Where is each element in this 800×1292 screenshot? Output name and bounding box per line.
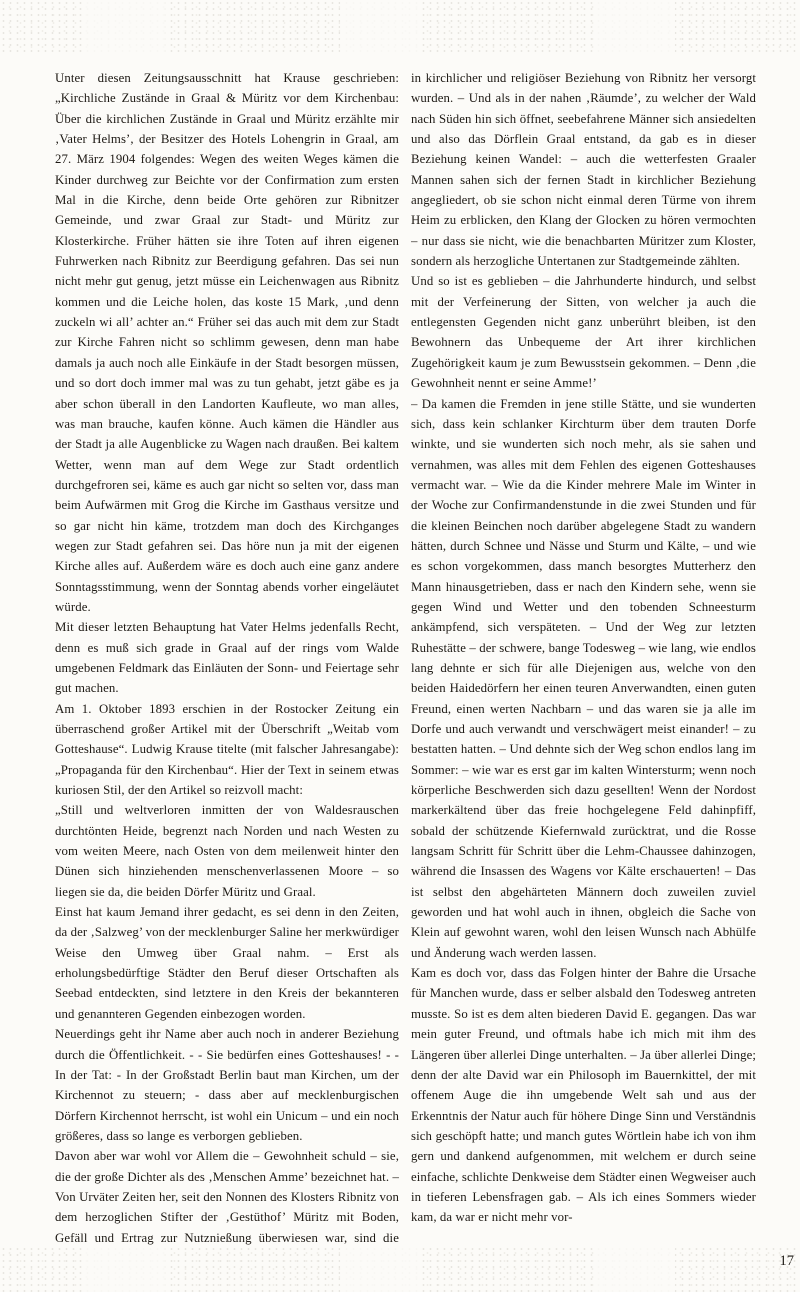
- paragraph: Unter diesen Zeitungsausschnitt hat Krau…: [55, 68, 399, 617]
- paragraph: Davon aber war wohl vor Allem die – Gewo…: [55, 1146, 399, 1252]
- paragraph: Kam es doch vor, dass das Folgen hinter …: [411, 963, 756, 1227]
- paragraph: in kirchlicher und religiöser Beziehung …: [411, 68, 756, 271]
- paragraph: Neuerdings geht ihr Name aber auch noch …: [55, 1024, 399, 1146]
- paragraph: Am 1. Oktober 1893 erschien in der Rosto…: [55, 699, 399, 801]
- paragraph: Und so ist es geblieben – die Jahrhunder…: [411, 271, 756, 393]
- paragraph: „Still und weltverloren inmitten der von…: [55, 800, 399, 902]
- ornament-band-top: [0, 0, 800, 54]
- book-page: Unter diesen Zeitungsausschnitt hat Krau…: [0, 0, 800, 1292]
- paragraph: – Da kamen die Fremden in jene stille St…: [411, 394, 756, 964]
- text-column-left: Unter diesen Zeitungsausschnitt hat Krau…: [55, 68, 399, 1252]
- text-column-right: in kirchlicher und religiöser Beziehung …: [411, 68, 756, 1252]
- paragraph: Einst hat kaum Jemand ihrer gedacht, es …: [55, 902, 399, 1024]
- ornament-band-bottom: [0, 1246, 800, 1292]
- paragraph: Mit dieser letzten Behauptung hat Vater …: [55, 617, 399, 698]
